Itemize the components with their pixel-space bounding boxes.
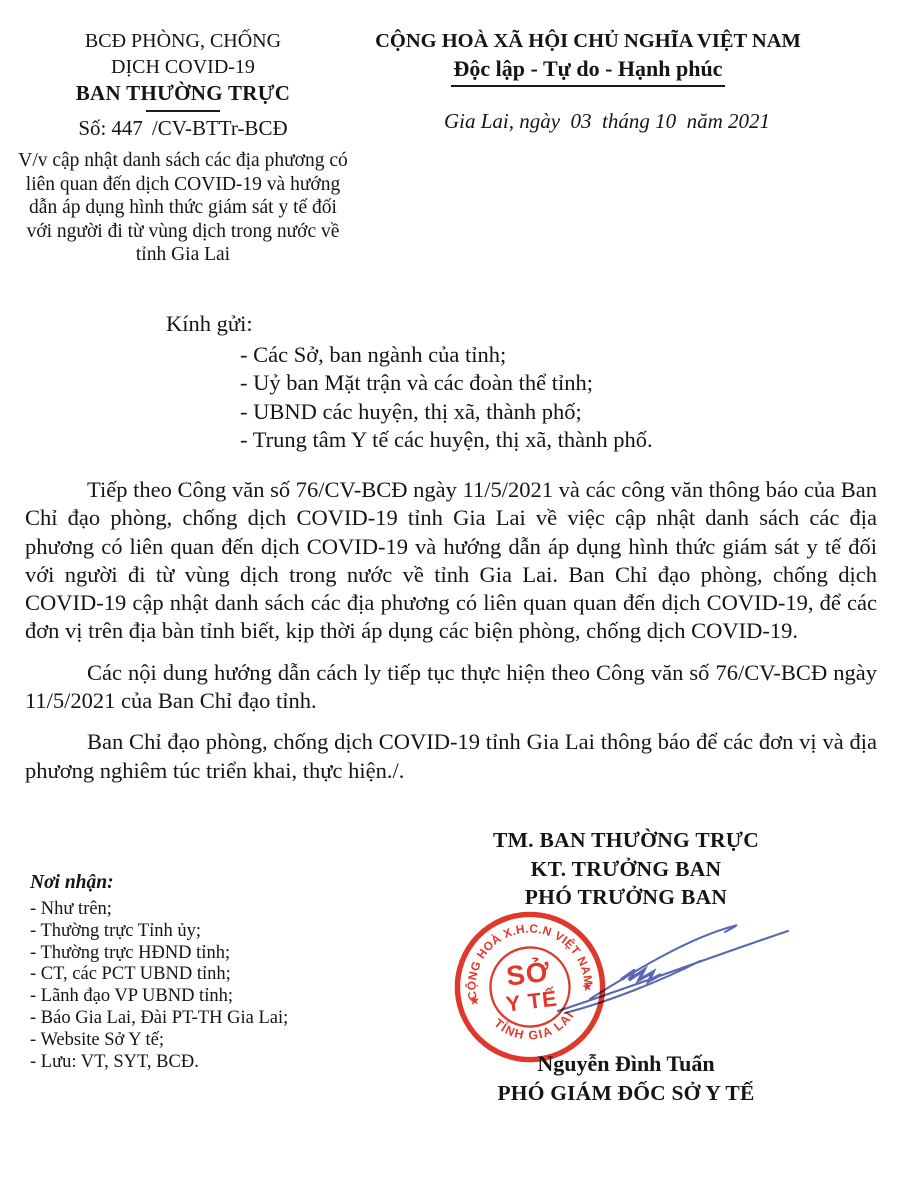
recipient-item: - Trung tâm Y tế các huyện, thị xã, thàn…: [240, 426, 653, 454]
issuer-block: BCĐ PHÒNG, CHỐNG DỊCH COVID-19 BAN THƯỜN…: [16, 28, 350, 267]
noi-nhan-block: Nơi nhận: - Như trên; - Thường trực Tỉnh…: [30, 872, 288, 1073]
document-number: Số:447/CV-BTTr-BCĐ: [16, 115, 350, 142]
signer-block: Nguyễn Đình Tuấn PHÓ GIÁM ĐỐC SỞ Y TẾ: [445, 1051, 807, 1106]
national-header: CỘNG HOÀ XÃ HỘI CHỦ NGHĨA VIỆT NAM Độc l…: [366, 28, 810, 134]
stamp-star-icon: ★: [468, 993, 481, 1008]
document-body: Tiếp theo Công văn số 76/CV-BCĐ ngày 11/…: [25, 476, 877, 785]
noi-nhan-item: - Thường trực Tỉnh ủy;: [30, 921, 288, 943]
signing-line-1: TM. BAN THƯỜNG TRỰC: [430, 826, 822, 855]
signing-block: TM. BAN THƯỜNG TRỰC KT. TRƯỞNG BAN PHÓ T…: [430, 826, 822, 912]
signature-stroke: [590, 925, 736, 999]
noi-nhan-item: - Lưu: VT, SYT, BCĐ.: [30, 1052, 288, 1074]
recipient-list: - Các Sở, ban ngành của tỉnh; - Uỷ ban M…: [240, 341, 653, 455]
signer-role: PHÓ GIÁM ĐỐC SỞ Y TẾ: [445, 1080, 807, 1106]
document-number-suffix: /CV-BTTr-BCĐ: [152, 116, 288, 140]
place-dateline: Gia Lai, ngày 03 tháng 10 năm 2021: [366, 108, 810, 134]
national-motto-line2: Độc lập - Tự do - Hạnh phúc: [451, 56, 726, 87]
document-page: BCĐ PHÒNG, CHỐNG DỊCH COVID-19 BAN THƯỜN…: [0, 0, 900, 1190]
signer-name: Nguyễn Đình Tuấn: [445, 1051, 807, 1077]
signing-line-2: KT. TRƯỞNG BAN: [430, 855, 822, 884]
issuer-line-2: DỊCH COVID-19: [16, 54, 350, 80]
body-paragraph-1: Tiếp theo Công văn số 76/CV-BCĐ ngày 11/…: [25, 476, 877, 646]
noi-nhan-item: - Như trên;: [30, 899, 288, 921]
issuer-line-1: BCĐ PHÒNG, CHỐNG: [16, 28, 350, 54]
recipient-item: - UBND các huyện, thị xã, thành phố;: [240, 398, 653, 426]
document-number-value: 447: [106, 116, 152, 140]
noi-nhan-item: - Lãnh đạo VP UBND tỉnh;: [30, 986, 288, 1008]
national-motto-line1: CỘNG HOÀ XÃ HỘI CHỦ NGHĨA VIỆT NAM: [366, 28, 810, 54]
noi-nhan-label: Nơi nhận:: [30, 872, 288, 894]
document-number-label: Số:: [78, 116, 106, 140]
noi-nhan-item: - CT, các PCT UBND tỉnh;: [30, 964, 288, 986]
body-paragraph-2: Các nội dung hướng dẫn cách ly tiếp tục …: [25, 659, 877, 716]
noi-nhan-item: - Website Sở Y tế;: [30, 1030, 288, 1052]
signature-stroke: [622, 970, 660, 981]
salutation: Kính gửi:: [166, 311, 253, 337]
issuer-name: BAN THƯỜNG TRỰC: [16, 80, 350, 107]
recipient-item: - Uỷ ban Mặt trận và các đoàn thể tỉnh;: [240, 369, 653, 397]
signature-scribble: [548, 902, 800, 1024]
signature-stroke: [558, 931, 788, 1011]
noi-nhan-item: - Báo Gia Lai, Đài PT-TH Gia Lai;: [30, 1008, 288, 1030]
document-subject: V/v cập nhật danh sách các địa phương có…: [16, 149, 350, 267]
body-paragraph-3: Ban Chỉ đạo phòng, chống dịch COVID-19 t…: [25, 728, 877, 785]
noi-nhan-list: - Như trên; - Thường trực Tỉnh ủy; - Thư…: [30, 899, 288, 1073]
recipient-item: - Các Sở, ban ngành của tỉnh;: [240, 341, 653, 369]
noi-nhan-item: - Thường trực HĐND tỉnh;: [30, 943, 288, 965]
issuer-underline: [146, 110, 220, 112]
